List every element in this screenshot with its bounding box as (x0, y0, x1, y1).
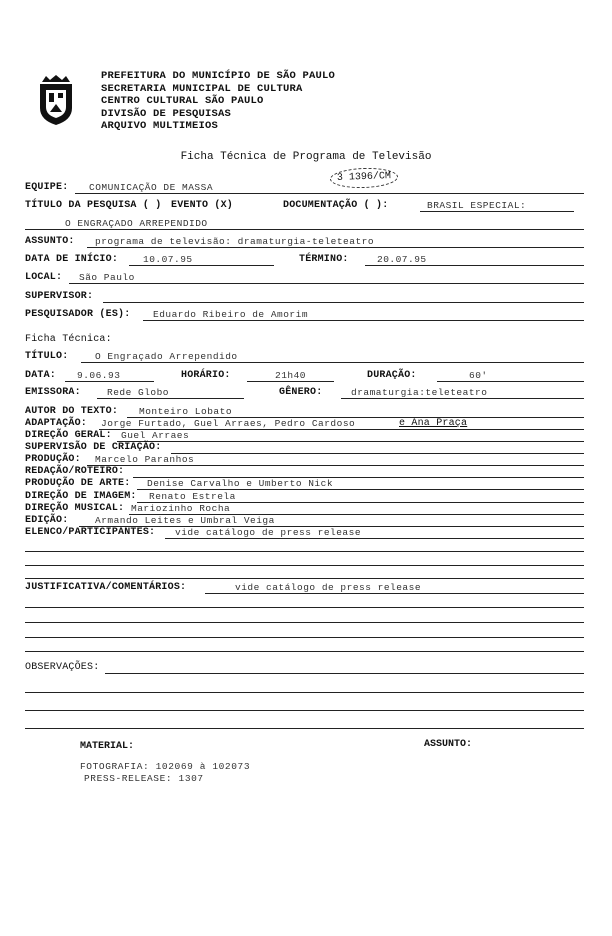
duracao-value: 60' (469, 370, 488, 381)
blank-line (25, 622, 584, 623)
termino-label: TÉRMINO: (299, 254, 349, 265)
titulo-value-1: BRASIL ESPECIAL: (427, 200, 526, 211)
ficha-heading-row: Ficha Técnica: (25, 332, 584, 346)
justificativa-label: JUSTIFICATIVA/COMENTÁRIOS: (25, 582, 186, 593)
ficha-heading: Ficha Técnica: (25, 334, 112, 345)
datas-row: DATA DE INÍCIO: 10.07.95 TÉRMINO: 20.07.… (25, 252, 584, 266)
titulo-pesquisa-label: TÍTULO DA PESQUISA ( ) (25, 200, 161, 211)
local-row: LOCAL: São Paulo (25, 270, 584, 284)
assunto-row: ASSUNTO: programa de televisão: dramatur… (25, 234, 584, 248)
pesquisador-label: PESQUISADOR (ES): (25, 309, 130, 320)
pesquisador-row: PESQUISADOR (ES): Eduardo Ribeiro de Amo… (25, 307, 584, 321)
blank-line (25, 651, 584, 652)
org-line: SECRETARIA MUNICIPAL DE CULTURA (101, 83, 335, 96)
assunto-label: ASSUNTO: (25, 236, 75, 247)
local-value: São Paulo (79, 272, 135, 283)
horario-value: 21h40 (275, 370, 306, 381)
equipe-row: EQUIPE: COMUNICAÇÃO DE MASSA (25, 180, 584, 194)
genero-value: dramaturgia:teleteatro (351, 387, 487, 398)
elenco-value: vide catálogo de press release (175, 527, 361, 538)
org-line: CENTRO CULTURAL SÃO PAULO (101, 95, 335, 108)
termino-value: 20.07.95 (377, 254, 427, 265)
data-inicio-label: DATA DE INÍCIO: (25, 254, 118, 265)
data-inicio-value: 10.07.95 (143, 254, 193, 265)
emissora-value: Rede Globo (107, 387, 169, 398)
organization-header: PREFEITURA DO MUNICÍPIO DE SÃO PAULO SEC… (101, 70, 335, 133)
document-page: PREFEITURA DO MUNICÍPIO DE SÃO PAULO SEC… (0, 0, 612, 936)
blank-line (25, 710, 584, 711)
pesquisador-value: Eduardo Ribeiro de Amorim (153, 309, 308, 320)
justificativa-value: vide catálogo de press release (235, 582, 421, 593)
coat-of-arms-icon (36, 74, 76, 126)
ficha-titulo-value: O Engraçado Arrependido (95, 351, 238, 362)
material-line: FOTOGRAFIA: 102069 à 102073 (80, 761, 250, 772)
titulo-pesquisa-row: TÍTULO DA PESQUISA ( ) EVENTO (X) DOCUME… (25, 198, 584, 212)
ficha-titulo-label: TÍTULO: (25, 351, 68, 362)
evento-label: EVENTO (X) (171, 200, 233, 211)
assunto-value: programa de televisão: dramaturgia-telet… (95, 236, 374, 247)
equipe-value: COMUNICAÇÃO DE MASSA (89, 182, 213, 193)
local-label: LOCAL: (25, 272, 62, 283)
producao-arte-value: Denise Carvalho e Umberto Nick (147, 478, 333, 489)
emissora-genero-row: EMISSORA: Rede Globo GÊNERO: dramaturgia… (25, 385, 584, 399)
producao-arte-row: PRODUÇÃO DE ARTE: Denise Carvalho e Umbe… (25, 476, 584, 490)
elenco-label: ELENCO/PARTICIPANTES: (25, 527, 155, 538)
blank-line (25, 578, 584, 579)
observacoes-label: OBSERVAÇÕES: (25, 662, 99, 673)
duracao-label: DURAÇÃO: (367, 370, 417, 381)
blank-line (25, 565, 584, 566)
data-value: 9.06.93 (77, 370, 120, 381)
blank-line (25, 607, 584, 608)
ficha-titulo-row: TÍTULO: O Engraçado Arrependido (25, 349, 584, 363)
document-title: Ficha Técnica de Programa de Televisão (0, 151, 612, 163)
emissora-label: EMISSORA: (25, 387, 81, 398)
blank-line (25, 692, 584, 693)
documentacao-label: DOCUMENTAÇÃO ( ): (283, 200, 388, 211)
org-line: PREFEITURA DO MUNICÍPIO DE SÃO PAULO (101, 70, 335, 83)
titulo-value-2: O ENGRAÇADO ARREPENDIDO (65, 218, 208, 229)
footer-assunto-label: ASSUNTO: (424, 739, 472, 750)
supervisor-label: SUPERVISOR: (25, 291, 93, 302)
justificativa-row: JUSTIFICATIVA/COMENTÁRIOS: vide catálogo… (25, 580, 584, 594)
blank-line (25, 728, 584, 729)
org-line: DIVISÃO DE PESQUISAS (101, 108, 335, 121)
horario-label: HORÁRIO: (181, 370, 231, 381)
supervisor-row: SUPERVISOR: (25, 289, 584, 303)
material-label: MATERIAL: (80, 741, 134, 752)
equipe-label: EQUIPE: (25, 182, 68, 193)
genero-label: GÊNERO: (279, 387, 322, 398)
data-horario-row: DATA: 9.06.93 HORÁRIO: 21h40 DURAÇÃO: 60… (25, 368, 584, 382)
material-line: PRESS-RELEASE: 1307 (84, 773, 204, 784)
titulo-continuation-row: O ENGRAÇADO ARREPENDIDO (25, 216, 584, 230)
blank-line (25, 637, 584, 638)
observacoes-row: OBSERVAÇÕES: (25, 660, 584, 674)
elenco-row: ELENCO/PARTICIPANTES: vide catálogo de p… (25, 525, 584, 539)
data-label: DATA: (25, 370, 56, 381)
org-line: ARQUIVO MULTIMEIOS (101, 120, 335, 133)
blank-line (25, 551, 584, 552)
producao-arte-label: PRODUÇÃO DE ARTE: (25, 478, 130, 489)
